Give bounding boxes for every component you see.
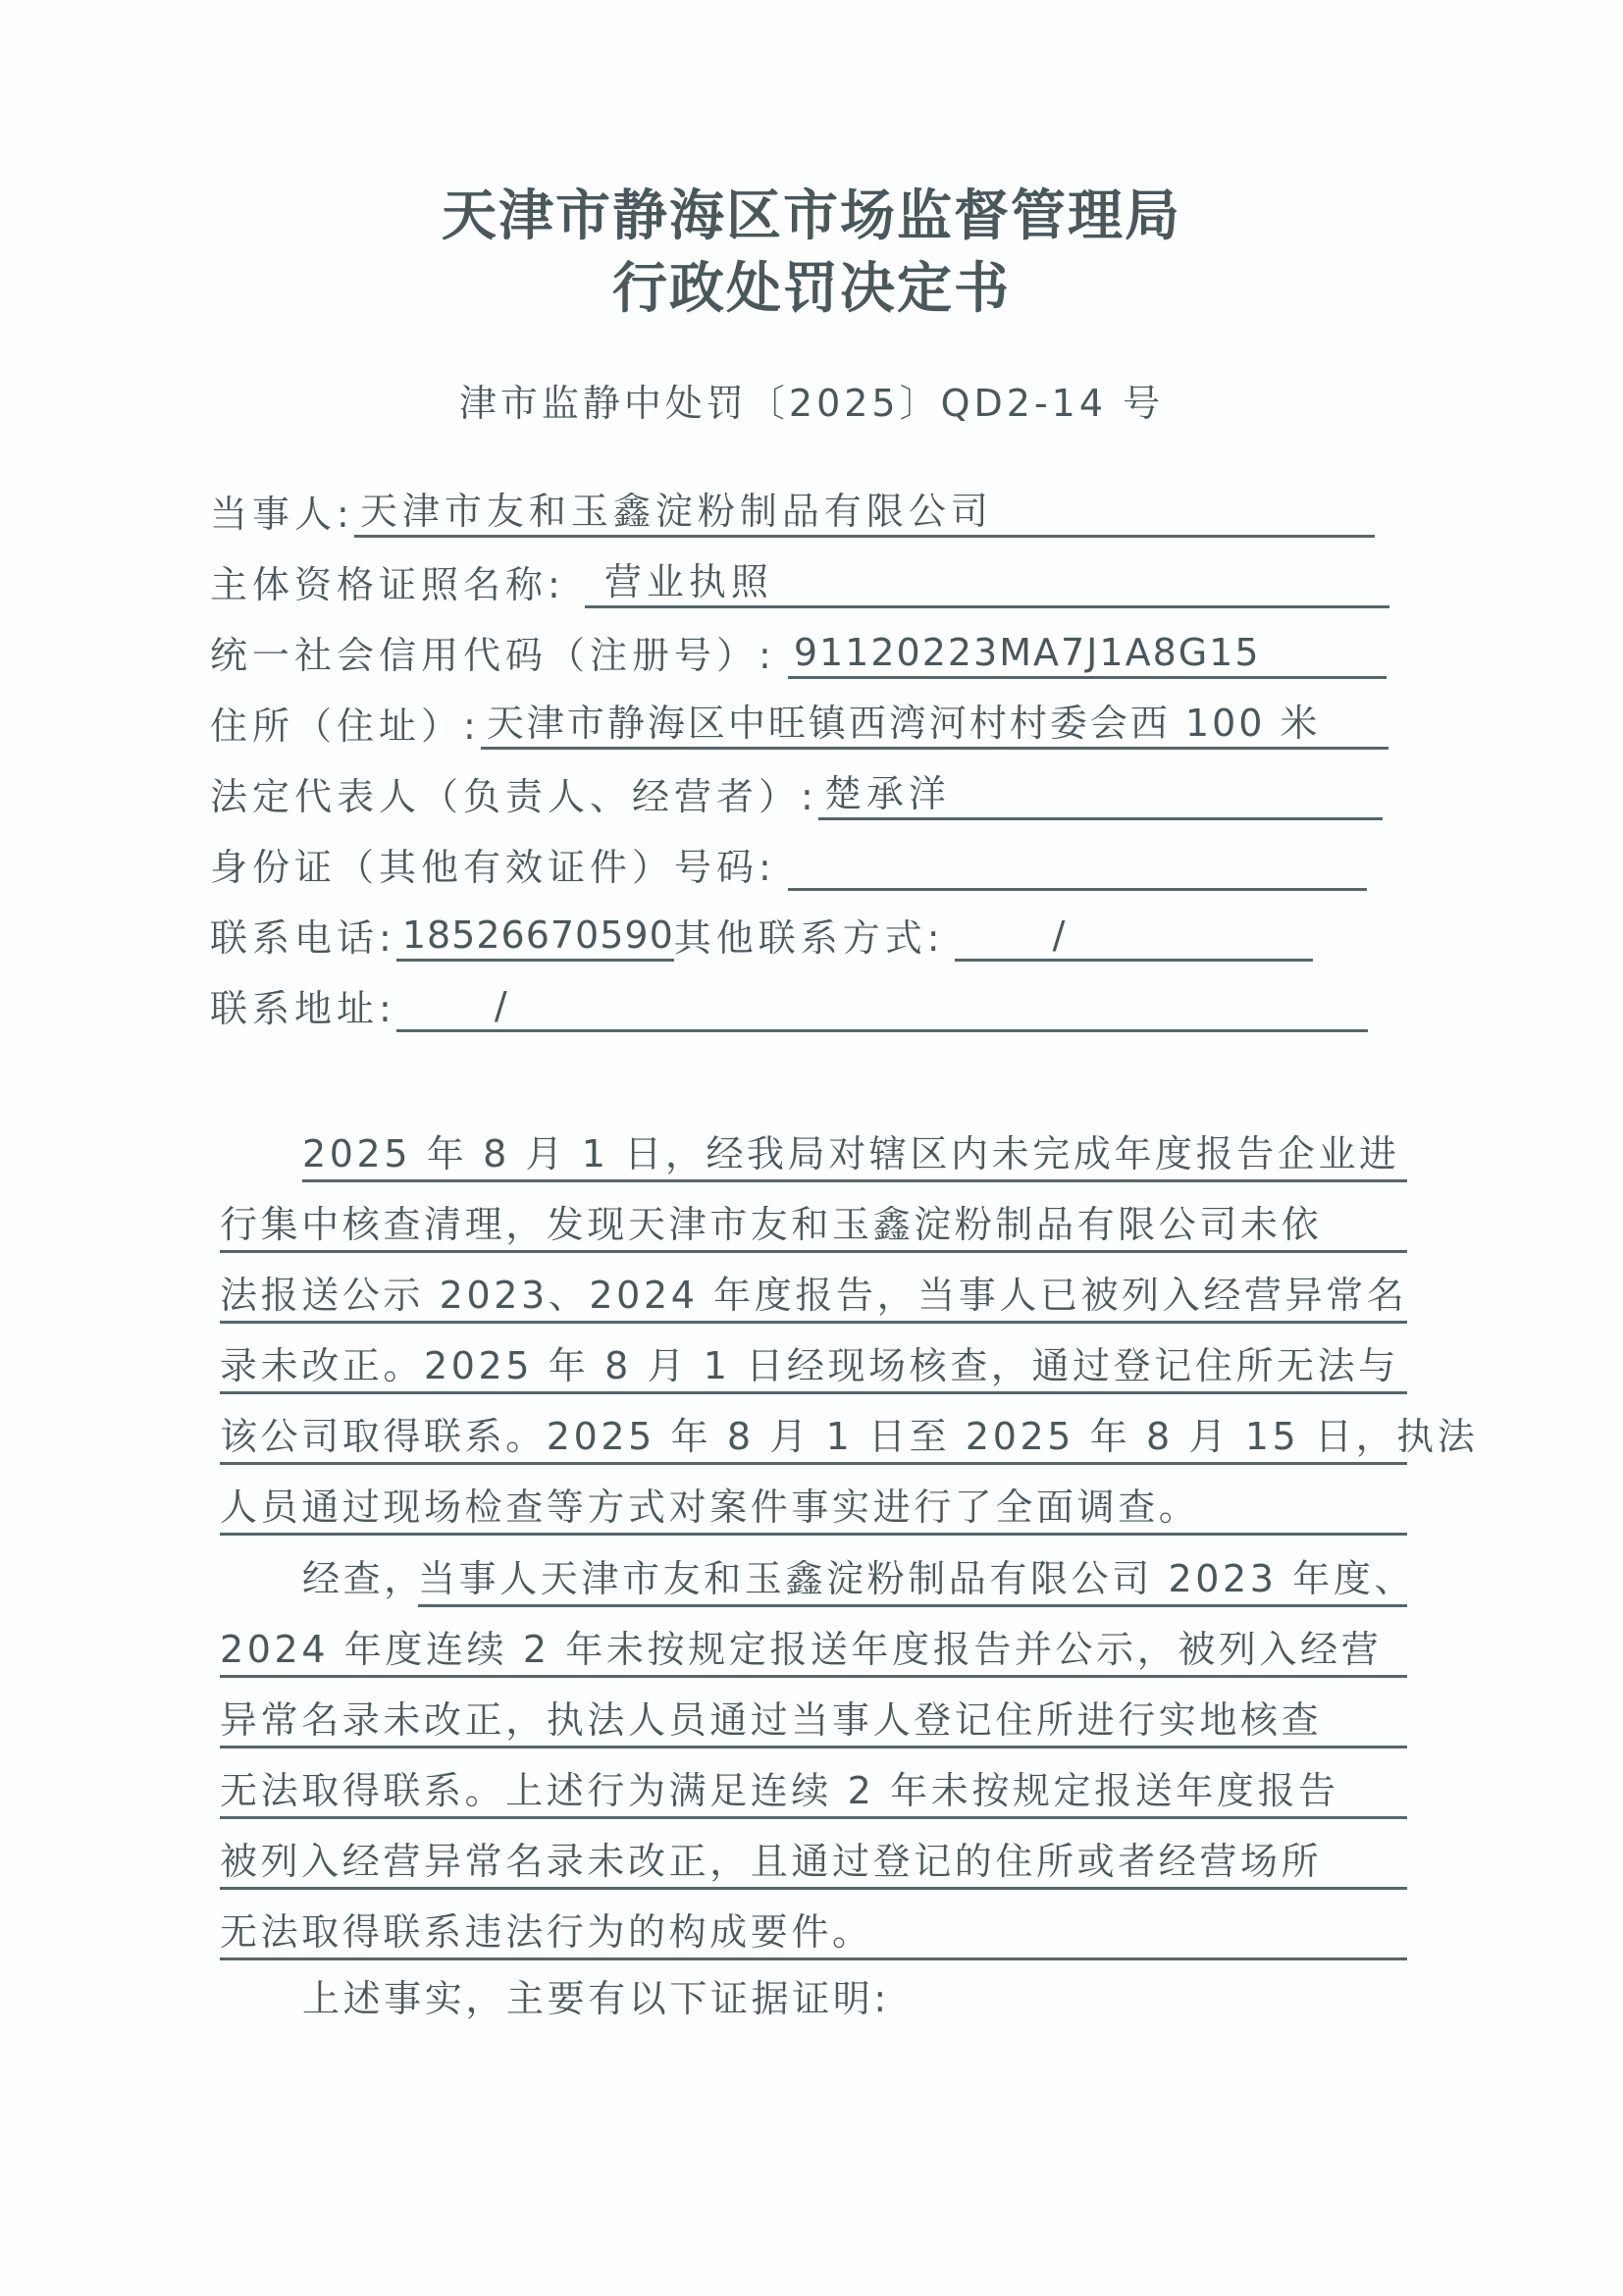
penalty-decision-page: 天津市静海区市场监督管理局 行政处罚决定书 津市监静中处罚〔2025〕QD2-1… bbox=[0, 0, 1623, 2296]
field-other-contact-label: 其他联系方式: bbox=[674, 908, 945, 962]
field-phone: 联系电话: 18526670590 其他联系方式: / bbox=[210, 907, 1313, 962]
field-legal-rep-value: 楚承洋 bbox=[818, 772, 1383, 820]
document-title-agency: 天津市静海区市场监督管理局 bbox=[0, 173, 1623, 251]
field-id-number-label: 身份证（其他有效证件）号码: bbox=[210, 837, 776, 891]
paragraph-line: 被列入经营异常名录未改正，且通过登记的住所或者经营场所 bbox=[220, 1838, 1407, 1890]
field-credit-code: 统一社会信用代码（注册号）: 91120223MA7J1A8G15 bbox=[210, 624, 1387, 679]
field-legal-rep: 法定代表人（负责人、经营者）: 楚承洋 bbox=[210, 765, 1383, 820]
field-phone-value: 18526670590 bbox=[396, 913, 674, 962]
field-contact-address-value: / bbox=[396, 984, 1368, 1032]
field-credit-code-value: 91120223MA7J1A8G15 bbox=[788, 631, 1387, 679]
field-other-contact-value: / bbox=[955, 913, 1313, 962]
paragraph-line: 无法取得联系。上述行为满足连续 2 年未按规定报送年度报告 bbox=[220, 1767, 1407, 1819]
paragraph-prefix: 经查， bbox=[302, 1555, 425, 1604]
field-license-name-value: 营业执照 bbox=[585, 560, 1389, 608]
field-legal-rep-label: 法定代表人（负责人、经营者）: bbox=[210, 766, 818, 820]
paragraph-line: 行集中核查清理，发现天津市友和玉鑫淀粉制品有限公司未依 bbox=[220, 1201, 1407, 1253]
paragraph-line: 法报送公示 2023、2024 年度报告，当事人已被列入经营异常名 bbox=[220, 1272, 1407, 1324]
field-party-label: 当事人: bbox=[210, 484, 354, 538]
field-address-label: 住所（住址）: bbox=[210, 696, 481, 750]
field-contact-address: 联系地址: / bbox=[210, 977, 1368, 1032]
field-license-name-label: 主体资格证照名称: bbox=[210, 554, 565, 608]
paragraph-line: 2025 年 8 月 1 日，经我局对辖区内未完成年度报告企业进 bbox=[302, 1130, 1407, 1182]
paragraph-line: 当事人天津市友和玉鑫淀粉制品有限公司 2023 年度、 bbox=[418, 1555, 1407, 1607]
field-address-value: 天津市静海区中旺镇西湾河村村委会西 100 米 bbox=[481, 702, 1388, 750]
field-id-number: 身份证（其他有效证件）号码: bbox=[210, 836, 1367, 891]
paragraph-line: 录未改正。2025 年 8 月 1 日经现场核查，通过登记住所无法与 bbox=[220, 1342, 1407, 1394]
paragraph-line: 人员通过现场检查等方式对案件事实进行了全面调查。 bbox=[220, 1484, 1407, 1536]
field-address: 住所（住址）: 天津市静海区中旺镇西湾河村村委会西 100 米 bbox=[210, 695, 1388, 750]
paragraph-line: 异常名录未改正，执法人员通过当事人登记住所进行实地核查 bbox=[220, 1696, 1407, 1748]
field-id-number-value bbox=[788, 843, 1367, 891]
paragraph-line: 该公司取得联系。2025 年 8 月 1 日至 2025 年 8 月 15 日，… bbox=[220, 1413, 1407, 1465]
document-title-type: 行政处罚决定书 bbox=[0, 245, 1623, 324]
field-party: 当事人: 天津市友和玉鑫淀粉制品有限公司 bbox=[210, 483, 1375, 538]
field-license-name: 主体资格证照名称: 营业执照 bbox=[210, 553, 1389, 608]
field-party-value: 天津市友和玉鑫淀粉制品有限公司 bbox=[354, 490, 1375, 538]
field-contact-address-label: 联系地址: bbox=[210, 978, 396, 1032]
document-number: 津市监静中处罚〔2025〕QD2-14 号 bbox=[0, 373, 1623, 427]
paragraph-line: 无法取得联系违法行为的构成要件。 bbox=[220, 1908, 1407, 1960]
paragraph-line: 2024 年度连续 2 年未按规定报送年度报告并公示，被列入经营 bbox=[220, 1626, 1407, 1678]
field-credit-code-label: 统一社会信用代码（注册号）: bbox=[210, 625, 776, 679]
field-phone-label: 联系电话: bbox=[210, 908, 396, 962]
paragraph-line: 上述事实，主要有以下证据证明: bbox=[302, 1975, 890, 2024]
